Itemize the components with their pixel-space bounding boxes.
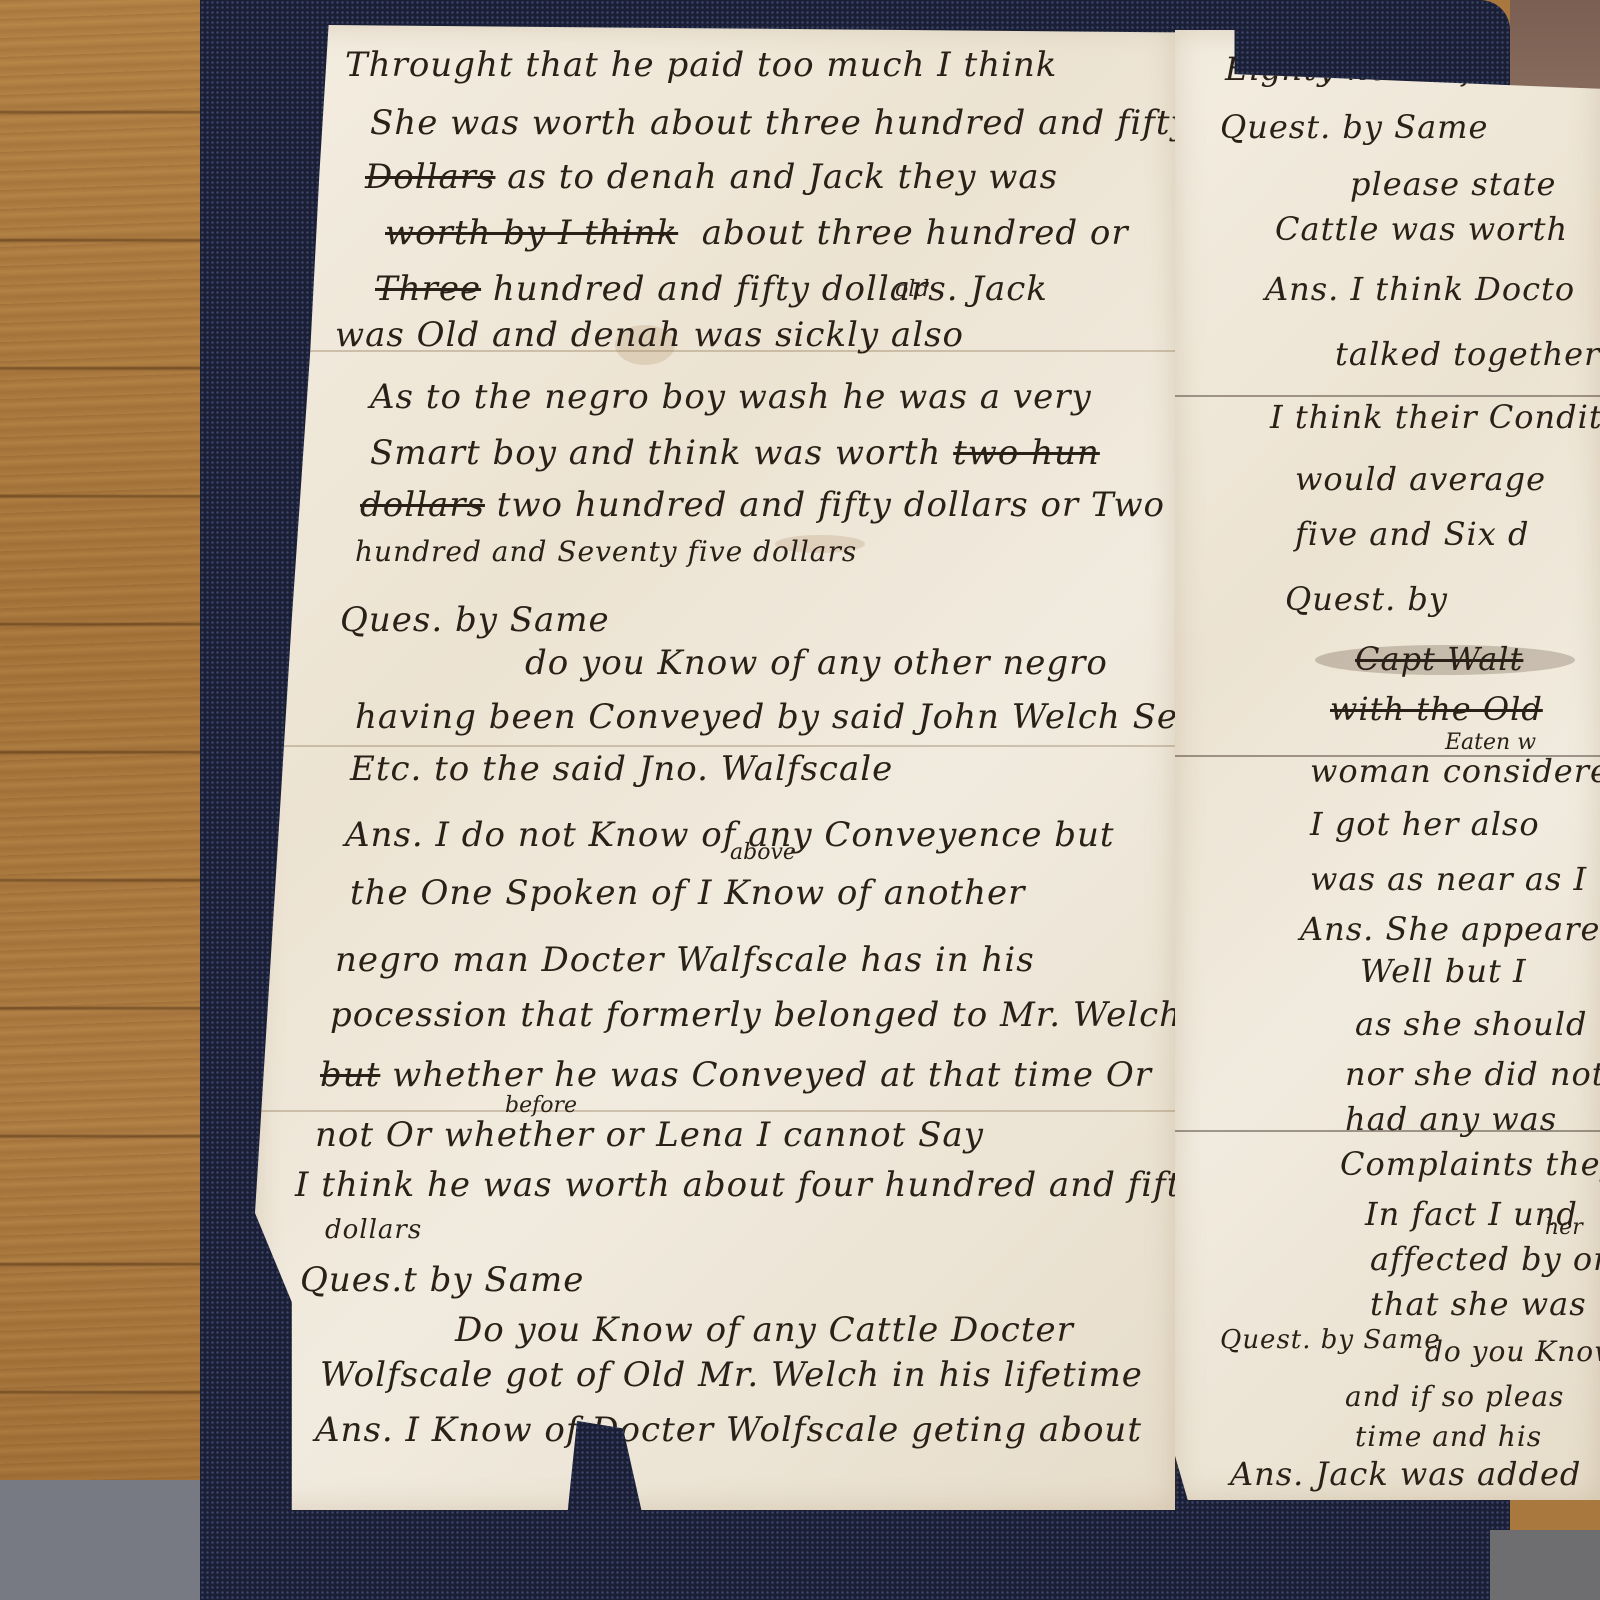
question-heading: Quest. by Same (1220, 1325, 1441, 1355)
struck-word: Three (375, 269, 481, 309)
struck-word: dollars (360, 485, 485, 525)
text-line: do you Know of any other negro (525, 643, 1108, 683)
text-line: Smart boy and think was worth two hun (370, 433, 1100, 473)
struck-line: Capt Walt (1355, 640, 1523, 678)
left-manuscript-page: Throught that he paid too much I think S… (255, 25, 1175, 1510)
text-line: five and Six d (1295, 515, 1529, 553)
struck-word: Dollars (365, 157, 495, 197)
text-line: Well but I (1360, 952, 1527, 990)
text-line: dollars two hundred and fifty dollars or… (360, 485, 1165, 525)
text-line: not Or whether or Lena I cannot Say (315, 1115, 984, 1155)
text-line: Etc. to the said Jno. Walfscale (350, 749, 893, 789)
text-line: would average (1295, 460, 1546, 498)
text-line: please state (1350, 165, 1556, 203)
text-line: woman considered (1310, 752, 1600, 790)
text-line: affected by or (1370, 1240, 1600, 1278)
text-line: pocession that formerly belonged to Mr. … (330, 995, 1182, 1035)
grey-surface (0, 1480, 230, 1600)
text-line: Wolfscale got of Old Mr. Welch in his li… (320, 1355, 1143, 1395)
text-line: worth by I think about three hundred or (385, 213, 1129, 253)
text-line: Three hundred and fifty dollars. Jack (375, 269, 1048, 309)
text-line: do you Know (1425, 1335, 1600, 1368)
text-line: and if so pleas (1345, 1380, 1564, 1413)
interlinear-insertion: old (895, 277, 929, 302)
text-line: had any was (1345, 1100, 1557, 1138)
fold-crease (255, 1110, 1175, 1112)
struck-word: but (320, 1055, 380, 1095)
text-line: She was worth about three hundred and fi… (370, 103, 1191, 143)
answer-line: Ans. Jack was added (1230, 1455, 1581, 1493)
text-line: nor she did not (1345, 1055, 1600, 1093)
text-line: that she was (1370, 1285, 1587, 1323)
interlinear-insertion: above (730, 840, 796, 865)
struck-line: with the Old (1330, 690, 1543, 728)
answer-line: Ans. She appeared (1300, 910, 1600, 948)
question-heading: Ques.t by Same (300, 1260, 584, 1300)
text-line: was as near as I (1310, 860, 1587, 898)
question-heading: Quest. by (1285, 580, 1448, 618)
text-line: Cattle was worth (1275, 210, 1568, 248)
answer-line: Ans. I Know of Docter Wolfscale geting a… (315, 1410, 1142, 1450)
question-heading: Quest. by Same (1220, 108, 1488, 146)
text-line: I think he was worth about four hundred … (295, 1165, 1202, 1205)
interlinear-insertion: her (1545, 1215, 1583, 1240)
fold-crease (275, 745, 1175, 747)
text-line: but whether he was Conveyed at that time… (320, 1055, 1152, 1095)
text-line: the One Spoken of I Know of another (350, 873, 1025, 913)
answer-line: Ans. I think Docto (1265, 270, 1575, 308)
text-line: hundred and Seventy five dollars (355, 535, 857, 568)
text-line: Complaints they (1340, 1145, 1600, 1183)
text-line: talked together (1335, 335, 1600, 373)
struck-word: two hun (953, 433, 1100, 473)
struck-word: worth by I think (385, 213, 678, 253)
text-line: dollars (325, 1215, 422, 1245)
text-line: Throught that he paid too much I think (345, 45, 1057, 85)
right-manuscript-page: Eighty head of Cattle a Quest. by Same p… (1175, 30, 1600, 1500)
text-line: as she should (1355, 1005, 1587, 1043)
text-line: negro man Docter Walfscale has in his (335, 940, 1035, 980)
text-line: was Old and denah was sickly also (335, 315, 964, 355)
text-line: As to the negro boy wash he was a very (370, 377, 1092, 417)
text-line: I think their Condit (1270, 398, 1600, 436)
text-line: having been Conveyed by said John Welch … (355, 697, 1226, 737)
text-line: Dollars as to denah and Jack they was (365, 157, 1058, 197)
fold-crease (1175, 395, 1600, 397)
text-line: I got her also (1310, 805, 1540, 843)
text-line: time and his (1355, 1420, 1542, 1453)
wooden-table-background (0, 0, 230, 1600)
grey-surface-corner (1490, 1530, 1600, 1600)
text-line: Do you Know of any Cattle Docter (455, 1310, 1074, 1350)
question-heading: Ques. by Same (340, 600, 610, 640)
